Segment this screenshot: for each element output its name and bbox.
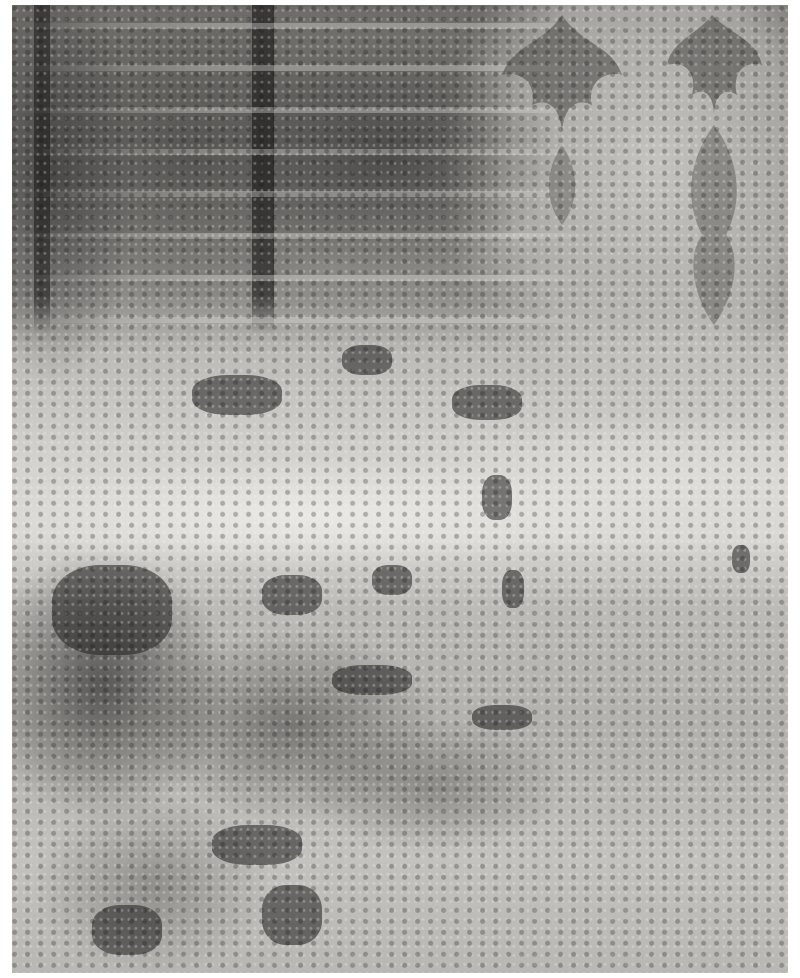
pile-texture <box>12 5 788 973</box>
rug-photo <box>12 5 788 973</box>
